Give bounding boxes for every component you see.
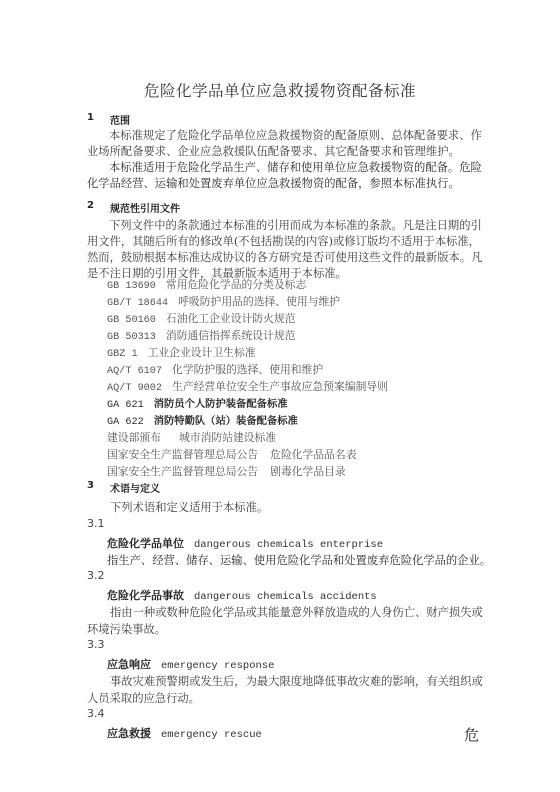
term-definition: 事故灾难预警期或发生后，为最大限度地降低事故灾难的影响，有关组织或 — [110, 673, 483, 689]
reference-name: 生产经营单位安全生产事故应急预案编制导则 — [172, 380, 388, 393]
reference-name: 消防通信指挥系统设计规范 — [166, 329, 296, 342]
reference-code: GA 621 — [107, 400, 144, 411]
reference-name: 化学防护服的选择、使用和维护 — [172, 363, 323, 376]
term-en: emergency rescue — [161, 729, 262, 741]
section-3-intro: 下列术语和定义适用于本标准。 — [110, 499, 268, 515]
section-2-heading: 规范性引用文件 — [110, 200, 180, 215]
reference-code: 国家安全生产监督管理总局公告 — [107, 465, 258, 478]
text-line: 化学品经营、运输和处置废弃单位应急救援物资的配备，参照本标准执行。 — [87, 176, 492, 192]
term-heading: 危险化学品事故dangerous chemicals accidents — [107, 587, 377, 603]
clause-number: 3.2 — [87, 569, 105, 582]
section-1-heading: 范围 — [110, 112, 130, 127]
text-line: 然而，鼓励根据本标准达成协议的各方研究是否可使用这些文件的最新版本。凡 — [87, 250, 492, 266]
section-2-number: 2 — [87, 200, 94, 211]
text-line: 本标准规定了危险化学品单位应急救援物资的配备原则、总体配备要求、作 — [87, 128, 492, 144]
text-line: 用文件，其随后所有的修改单(不包括勘误的内容)或修订版均不适用于本标准， — [87, 234, 492, 250]
reference-code: 国家安全生产监督管理总局公告 — [107, 448, 258, 461]
term-heading: 应急响应emergency response — [107, 656, 274, 672]
document-title: 危险化学品单位应急救援物资配备标准 — [0, 79, 560, 101]
section-2-paragraph-1: 下列文件中的条款通过本标准的引用而成为本标准的条款。凡是注日期的引 用文件，其随… — [87, 218, 492, 282]
reference-name: 石油化工企业设计防火规范 — [166, 312, 296, 325]
reference-code: GB 50313 — [107, 332, 156, 343]
section-3-heading: 术语与定义 — [110, 480, 160, 495]
term-cn: 危险化学品单位 — [107, 537, 184, 550]
term-en: dangerous chemicals enterprise — [194, 539, 383, 551]
text-line: 业场所配备要求、企业应急救援队伍配备要求、其它配备要求和管理维护。 — [87, 144, 492, 160]
term-definition: 指生产、经营、储存、运输、使用危险化学品和处置废弃危险化学品的企业。 — [107, 552, 491, 568]
section-3-number: 3 — [87, 480, 94, 491]
term-cn: 应急救援 — [107, 727, 151, 740]
reference-name: 消防员个人防护装备配备标准 — [154, 398, 288, 410]
term-cn: 危险化学品事故 — [107, 589, 184, 602]
clause-number: 3.3 — [87, 638, 105, 651]
clause-number: 3.4 — [87, 707, 105, 720]
reference-name: 消防特勤队（站）装备配备标准 — [154, 415, 298, 427]
term-definition: 环境污染事故。 — [87, 621, 166, 637]
term-definition: 人员采取的应急行动。 — [87, 690, 200, 706]
overflow-character: 危 — [464, 724, 479, 745]
reference-code: GB 50160 — [107, 315, 156, 326]
term-en: emergency response — [161, 660, 274, 672]
reference-name: 城市消防站建设标准 — [179, 431, 276, 444]
reference-code: AQ/T 6107 — [107, 366, 162, 377]
term-definition: 指由一种或数种危险化学品或其能量意外释放造成的人身伤亡、财产损失或 — [110, 604, 483, 620]
reference-code: GA 622 — [107, 417, 144, 428]
reference-code: GB/T 18644 — [107, 298, 168, 309]
term-cn: 应急响应 — [107, 658, 151, 671]
reference-name: 危险化学品品名表 — [270, 448, 356, 461]
text-line: 下列文件中的条款通过本标准的引用而成为本标准的条款。凡是注日期的引 — [87, 218, 492, 234]
reference-item: 建设部颁布城市消防站建设标准 — [107, 429, 276, 446]
reference-name: 工业企业设计卫生标准 — [148, 346, 256, 359]
text-line: 本标准适用于危险化学品生产、储存和使用单位应急救援物资的配备。危险 — [87, 160, 492, 176]
term-heading: 应急救援emergency rescue — [107, 725, 262, 741]
reference-name: 呼吸防护用品的选择、使用与维护 — [178, 295, 340, 308]
reference-item: 国家安全生产监督管理总局公告剧毒化学品目录 — [107, 463, 346, 480]
reference-name: 常用危险化学品的分类及标志 — [166, 278, 306, 291]
document-page: 危险化学品单位应急救援物资配备标准 1 范围 本标准规定了危险化学品单位应急救援… — [0, 0, 560, 792]
reference-item: 国家安全生产监督管理总局公告危险化学品品名表 — [107, 446, 357, 463]
reference-name: 剧毒化学品目录 — [270, 465, 346, 478]
reference-code: 建设部颁布 — [107, 431, 161, 444]
section-1-paragraph-1: 本标准规定了危险化学品单位应急救援物资的配备原则、总体配备要求、作 业场所配备要… — [87, 128, 492, 160]
reference-code: GBZ 1 — [107, 349, 138, 360]
section-1-paragraph-2: 本标准适用于危险化学品生产、储存和使用单位应急救援物资的配备。危险 化学品经营、… — [87, 160, 492, 192]
reference-code: GB 13690 — [107, 281, 156, 292]
section-1-number: 1 — [87, 112, 94, 123]
term-heading: 危险化学品单位dangerous chemicals enterprise — [107, 535, 383, 551]
term-en: dangerous chemicals accidents — [194, 591, 377, 603]
clause-number: 3.1 — [87, 517, 105, 530]
reference-code: AQ/T 9002 — [107, 383, 162, 394]
